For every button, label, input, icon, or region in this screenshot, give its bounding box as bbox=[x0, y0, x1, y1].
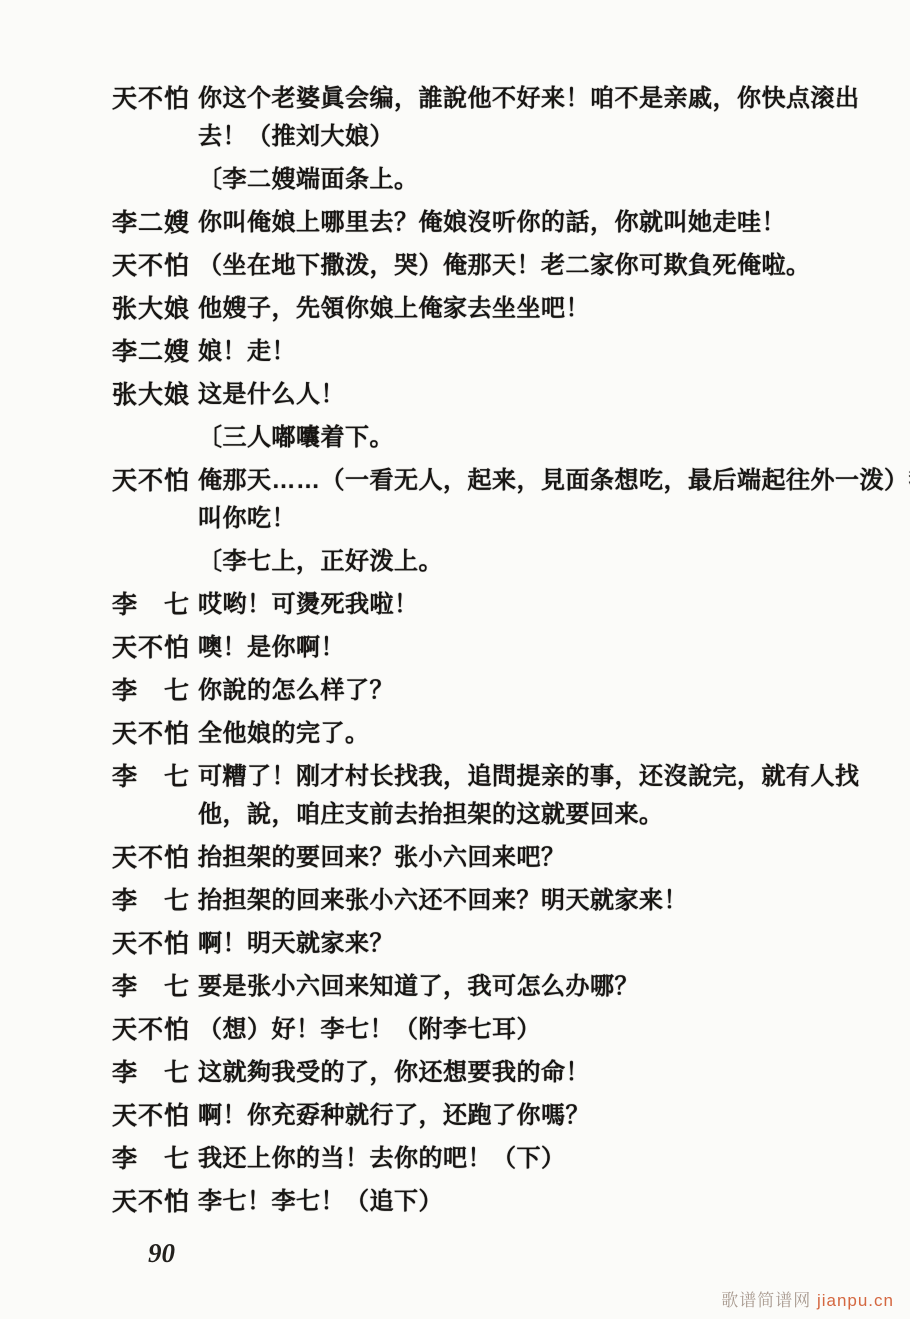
speaker-name: 天不怕 bbox=[112, 629, 198, 667]
speaker-name: 天不怕 bbox=[112, 1097, 198, 1135]
dialogue-entry: 天不怕俺那天……（一看无人，起来，見面条想吃，最后端起往外一泼）我叫你吃！ bbox=[112, 462, 882, 538]
dialogue-lines: 他嫂子，先領你娘上俺家去坐坐吧！ bbox=[198, 290, 882, 328]
dialogue-line: （想）好！李七！（附李七耳） bbox=[198, 1011, 882, 1049]
dialogue-list: 天不怕你这个老婆眞会编，誰說他不好来！咱不是亲戚，你快点滚出去！（推刘大娘）〔李… bbox=[112, 80, 882, 1221]
speaker-name: 天不怕 bbox=[112, 839, 198, 877]
dialogue-lines: （想）好！李七！（附李七耳） bbox=[198, 1011, 882, 1049]
dialogue-line: 李七！李七！（追下） bbox=[198, 1183, 882, 1221]
dialogue-entry: 天不怕你这个老婆眞会编，誰說他不好来！咱不是亲戚，你快点滚出去！（推刘大娘） bbox=[112, 80, 882, 156]
dialogue-entry: 李二嫂娘！走！ bbox=[112, 333, 882, 371]
dialogue-lines: 你叫俺娘上哪里去？俺娘沒听你的話，你就叫她走哇！ bbox=[198, 204, 882, 242]
dialogue-line: 他嫂子，先領你娘上俺家去坐坐吧！ bbox=[198, 290, 882, 328]
dialogue-lines: 俺那天……（一看无人，起来，見面条想吃，最后端起往外一泼）我叫你吃！ bbox=[198, 462, 882, 538]
dialogue-entry: 天不怕（想）好！李七！（附李七耳） bbox=[112, 1011, 882, 1049]
stage-direction-line: 〔李二嫂端面条上。 bbox=[198, 161, 882, 199]
dialogue-line: 啊！你充孬种就行了，还跑了你嗎？ bbox=[198, 1097, 882, 1135]
dialogue-entry: 天不怕啊！明天就家来？ bbox=[112, 925, 882, 963]
dialogue-entry: 张大娘这是什么人！ bbox=[112, 376, 882, 414]
dialogue-lines: 抬担架的回来张小六还不回来？明天就家来！ bbox=[198, 882, 882, 920]
dialogue-lines: 李七！李七！（追下） bbox=[198, 1183, 882, 1221]
dialogue-entry: 李 七我还上你的当！去你的吧！（下） bbox=[112, 1140, 882, 1178]
dialogue-line: 这是什么人！ bbox=[198, 376, 882, 414]
speaker-name: 天不怕 bbox=[112, 925, 198, 963]
dialogue-line: 要是张小六回来知道了，我可怎么办哪？ bbox=[198, 968, 882, 1006]
dialogue-lines: 〔三人嘟囔着下。 bbox=[198, 419, 882, 457]
dialogue-entry: 天不怕李七！李七！（追下） bbox=[112, 1183, 882, 1221]
dialogue-lines: 啊！明天就家来？ bbox=[198, 925, 882, 963]
speaker-name: 天不怕 bbox=[112, 80, 198, 118]
speaker-name: 李 七 bbox=[112, 882, 198, 920]
stage-direction-entry: 〔李二嫂端面条上。 bbox=[112, 161, 882, 199]
dialogue-line: 叫你吃！ bbox=[198, 500, 882, 538]
dialogue-lines: 可糟了！刚才村长找我，追問提亲的事，还沒說完，就有人找他，說，咱庄支前去抬担架的… bbox=[198, 758, 882, 834]
speaker-name: 天不怕 bbox=[112, 715, 198, 753]
watermark-site-url: jianpu.cn bbox=[817, 1291, 894, 1310]
page-number: 90 bbox=[148, 1238, 175, 1269]
dialogue-line: 抬担架的要回来？张小六回来吧？ bbox=[198, 839, 882, 877]
speaker-name: 天不怕 bbox=[112, 1011, 198, 1049]
dialogue-lines: 〔李二嫂端面条上。 bbox=[198, 161, 882, 199]
dialogue-entry: 李 七抬担架的回来张小六还不回来？明天就家来！ bbox=[112, 882, 882, 920]
dialogue-entry: 天不怕全他娘的完了。 bbox=[112, 715, 882, 753]
speaker-name: 天不怕 bbox=[112, 462, 198, 500]
dialogue-line: （坐在地下撒泼，哭）俺那天！老二家你可欺負死俺啦。 bbox=[198, 247, 882, 285]
dialogue-lines: 哎哟！可燙死我啦！ bbox=[198, 586, 882, 624]
dialogue-lines: 我还上你的当！去你的吧！（下） bbox=[198, 1140, 882, 1178]
dialogue-line: 娘！走！ bbox=[198, 333, 882, 371]
dialogue-entry: 李 七可糟了！刚才村长找我，追問提亲的事，还沒說完，就有人找他，說，咱庄支前去抬… bbox=[112, 758, 882, 834]
stage-direction-line: 〔李七上，正好泼上。 bbox=[198, 543, 882, 581]
speaker-name: 李 七 bbox=[112, 758, 198, 796]
dialogue-lines: 这就夠我受的了，你还想要我的命！ bbox=[198, 1054, 882, 1092]
dialogue-lines: 〔李七上，正好泼上。 bbox=[198, 543, 882, 581]
dialogue-line: 抬担架的回来张小六还不回来？明天就家来！ bbox=[198, 882, 882, 920]
dialogue-line: 你叫俺娘上哪里去？俺娘沒听你的話，你就叫她走哇！ bbox=[198, 204, 882, 242]
dialogue-lines: 全他娘的完了。 bbox=[198, 715, 882, 753]
speaker-name: 张大娘 bbox=[112, 290, 198, 328]
speaker-name: 李 七 bbox=[112, 968, 198, 1006]
dialogue-line: 可糟了！刚才村长找我，追問提亲的事，还沒說完，就有人找 bbox=[198, 758, 882, 796]
dialogue-lines: 噢！是你啊！ bbox=[198, 629, 882, 667]
dialogue-entry: 李 七要是张小六回来知道了，我可怎么办哪？ bbox=[112, 968, 882, 1006]
dialogue-entry: 天不怕啊！你充孬种就行了，还跑了你嗎？ bbox=[112, 1097, 882, 1135]
speaker-name: 天不怕 bbox=[112, 247, 198, 285]
speaker-name: 李 七 bbox=[112, 586, 198, 624]
speaker-name: 李 七 bbox=[112, 1140, 198, 1178]
speaker-name: 李 七 bbox=[112, 672, 198, 710]
stage-direction-entry: 〔李七上，正好泼上。 bbox=[112, 543, 882, 581]
dialogue-entry: 张大娘他嫂子，先領你娘上俺家去坐坐吧！ bbox=[112, 290, 882, 328]
dialogue-lines: 娘！走！ bbox=[198, 333, 882, 371]
watermark: 歌谱简谱网 jianpu.cn bbox=[721, 1286, 894, 1311]
dialogue-entry: 李 七哎哟！可燙死我啦！ bbox=[112, 586, 882, 624]
stage-direction-line: 〔三人嘟囔着下。 bbox=[198, 419, 882, 457]
dialogue-line: 这就夠我受的了，你还想要我的命！ bbox=[198, 1054, 882, 1092]
stage-direction-entry: 〔三人嘟囔着下。 bbox=[112, 419, 882, 457]
dialogue-entry: 李 七你說的怎么样了？ bbox=[112, 672, 882, 710]
dialogue-entry: 天不怕抬担架的要回来？张小六回来吧？ bbox=[112, 839, 882, 877]
speaker-name: 张大娘 bbox=[112, 376, 198, 414]
dialogue-lines: （坐在地下撒泼，哭）俺那天！老二家你可欺負死俺啦。 bbox=[198, 247, 882, 285]
dialogue-line: 他，說，咱庄支前去抬担架的这就要回来。 bbox=[198, 796, 882, 834]
script-page: 天不怕你这个老婆眞会编，誰說他不好来！咱不是亲戚，你快点滚出去！（推刘大娘）〔李… bbox=[0, 0, 910, 1319]
dialogue-line: 你这个老婆眞会编，誰說他不好来！咱不是亲戚，你快点滚出 bbox=[198, 80, 882, 118]
dialogue-lines: 你这个老婆眞会编，誰說他不好来！咱不是亲戚，你快点滚出去！（推刘大娘） bbox=[198, 80, 882, 156]
dialogue-lines: 要是张小六回来知道了，我可怎么办哪？ bbox=[198, 968, 882, 1006]
dialogue-entry: 天不怕（坐在地下撒泼，哭）俺那天！老二家你可欺負死俺啦。 bbox=[112, 247, 882, 285]
dialogue-lines: 你說的怎么样了？ bbox=[198, 672, 882, 710]
dialogue-entry: 李二嫂你叫俺娘上哪里去？俺娘沒听你的話，你就叫她走哇！ bbox=[112, 204, 882, 242]
dialogue-line: 全他娘的完了。 bbox=[198, 715, 882, 753]
dialogue-line: 你說的怎么样了？ bbox=[198, 672, 882, 710]
dialogue-line: 我还上你的当！去你的吧！（下） bbox=[198, 1140, 882, 1178]
dialogue-lines: 这是什么人！ bbox=[198, 376, 882, 414]
speaker-name: 李二嫂 bbox=[112, 333, 198, 371]
speaker-name: 李 七 bbox=[112, 1054, 198, 1092]
dialogue-line: 去！（推刘大娘） bbox=[198, 118, 882, 156]
dialogue-line: 啊！明天就家来？ bbox=[198, 925, 882, 963]
speaker-name: 天不怕 bbox=[112, 1183, 198, 1221]
dialogue-line: 哎哟！可燙死我啦！ bbox=[198, 586, 882, 624]
speaker-name: 李二嫂 bbox=[112, 204, 198, 242]
dialogue-line: 俺那天……（一看无人，起来，見面条想吃，最后端起往外一泼）我 bbox=[198, 462, 882, 500]
watermark-site-name: 歌谱简谱网 bbox=[721, 1291, 817, 1310]
dialogue-lines: 啊！你充孬种就行了，还跑了你嗎？ bbox=[198, 1097, 882, 1135]
dialogue-entry: 李 七这就夠我受的了，你还想要我的命！ bbox=[112, 1054, 882, 1092]
dialogue-entry: 天不怕噢！是你啊！ bbox=[112, 629, 882, 667]
dialogue-line: 噢！是你啊！ bbox=[198, 629, 882, 667]
dialogue-lines: 抬担架的要回来？张小六回来吧？ bbox=[198, 839, 882, 877]
